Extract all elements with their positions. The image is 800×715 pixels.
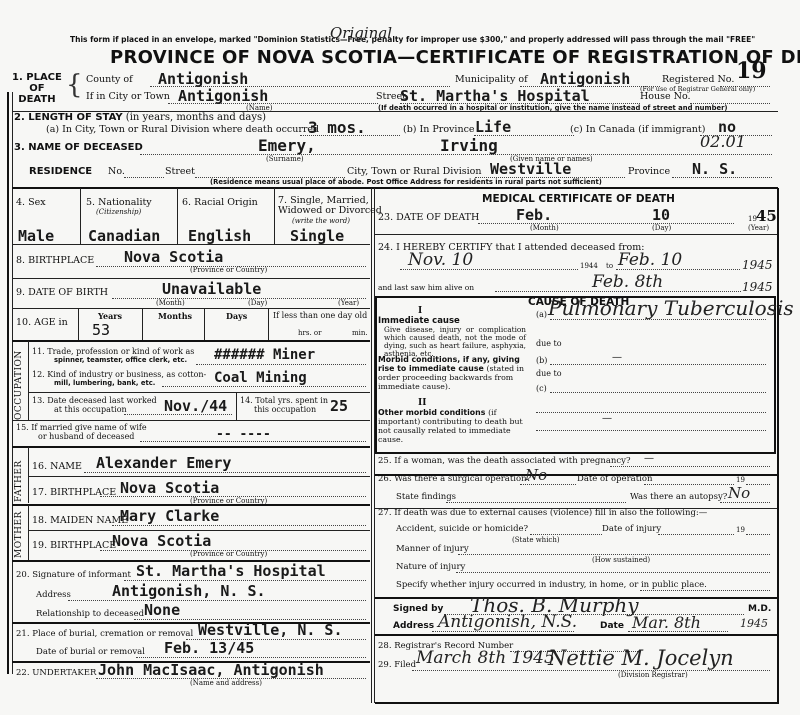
municipality-label: Municipality of: [455, 74, 528, 85]
father-name-value: Alexander Emery: [96, 454, 231, 472]
stay-province-label: (b) In Province: [403, 124, 475, 135]
filed-date: March 8th 1945: [416, 648, 555, 668]
surgical-operation-value: No: [525, 466, 547, 484]
city-value: Antigonish: [178, 87, 268, 105]
industry-value: Coal Mining: [214, 370, 307, 386]
place-of-death-label: 1. PLACE OF DEATH: [12, 72, 62, 105]
left-border: [7, 92, 9, 674]
father-birthplace-value: Nova Scotia: [120, 479, 219, 497]
stay-city-label: (a) In City, Town or Rural Division wher…: [46, 124, 319, 135]
municipality-value: Antigonish: [540, 70, 630, 88]
age-years-value: 53: [92, 321, 110, 339]
county-label: County of: [86, 74, 133, 85]
mother-section: MOTHER: [14, 508, 24, 558]
death-month: Feb.: [516, 206, 552, 224]
death-day: 10: [652, 206, 670, 224]
spouse-value: -- ----: [216, 427, 271, 442]
birthplace-value: Nova Scotia: [124, 248, 223, 266]
deceased-given-name: Irving: [440, 136, 498, 155]
street-value: St. Martha's Hospital: [400, 87, 590, 105]
brace: {: [66, 70, 83, 100]
residence-note: (Residence means usual place of abode. P…: [210, 178, 602, 186]
county-value: Antigonish: [158, 70, 248, 88]
sex-label: 4. Sex: [16, 197, 46, 208]
burial-date-value: Feb. 13/45: [164, 639, 254, 657]
city-label: If in City or Town: [86, 91, 170, 102]
mother-maiden-name-value: Mary Clarke: [120, 507, 219, 525]
certificate-title: PROVINCE OF NOVA SCOTIA—CERTIFICATE OF R…: [110, 47, 800, 68]
mail-notice: This form if placed in an envelope, mark…: [70, 35, 755, 44]
medical-certificate-title: MEDICAL CERTIFICATE OF DEATH: [482, 193, 675, 205]
stay-province-value: Life: [475, 118, 511, 136]
house-no-label: House No.: [640, 91, 691, 102]
registered-no-label: Registered No.: [662, 74, 734, 85]
length-of-stay-label: 2. LENGTH OF STAY (in years, months and …: [14, 112, 266, 123]
stay-canada-label: (c) In Canada (if immigrant): [570, 124, 705, 135]
physician-address: Antigonish, N.S.: [438, 612, 577, 632]
stay-city-value: 3 mos.: [308, 118, 366, 137]
occupation-section: OCCUPATION: [14, 344, 24, 420]
attended-from-value: Nov. 10: [408, 250, 473, 270]
mother-birthplace-value: Nova Scotia: [112, 532, 211, 550]
deceased-name-label: 3. NAME OF DECEASED: [14, 142, 143, 153]
informant-address-value: Antigonish, N. S.: [112, 582, 266, 600]
father-section: FATHER: [14, 452, 24, 502]
deceased-surname: Emery,: [258, 136, 316, 155]
sex-value: Male: [18, 227, 54, 245]
registered-number: 19: [736, 58, 767, 84]
right-border: [777, 188, 779, 703]
signature-date: Mar. 8th: [632, 613, 701, 632]
registrar-signature: Nettie M. Jocelyn: [548, 646, 734, 670]
informant-signature-value: St. Martha's Hospital: [136, 562, 326, 580]
last-worked-value: Nov./44: [164, 397, 227, 415]
racial-origin-value: English: [188, 227, 251, 245]
nationality-value: Canadian: [88, 227, 160, 245]
burial-place-value: Westville, N. S.: [198, 621, 343, 639]
relationship-value: None: [144, 601, 180, 619]
other-conditions-value: —: [602, 413, 612, 424]
residence-label: RESIDENCE: [29, 166, 92, 177]
death-year: 45: [756, 207, 777, 225]
margin-code: 02.01: [700, 132, 746, 151]
death-certificate: This form if placed in an envelope, mark…: [0, 0, 800, 715]
immediate-cause-value: Pulmonary Tuberculosis: [548, 296, 794, 320]
left-border-inner: [12, 92, 13, 674]
marital-status-value: Single: [290, 227, 344, 245]
trade-value: ###### Miner: [214, 347, 315, 363]
autopsy-value: No: [728, 484, 750, 502]
undertaker-value: John MacIsaac, Antigonish: [98, 661, 324, 679]
pregnancy-value: —: [644, 453, 654, 464]
residence-province: N. S.: [692, 160, 737, 178]
original-annotation: Original: [330, 24, 392, 42]
last-saw-alive-value: Feb. 8th: [592, 272, 663, 292]
residence-city: Westville: [490, 160, 571, 178]
morbid-cause-b-value: —: [612, 352, 622, 363]
date-of-birth-value: Unavailable: [162, 280, 261, 298]
attended-to-value: Feb. 10: [618, 250, 682, 270]
years-in-occupation-value: 25: [330, 397, 348, 415]
